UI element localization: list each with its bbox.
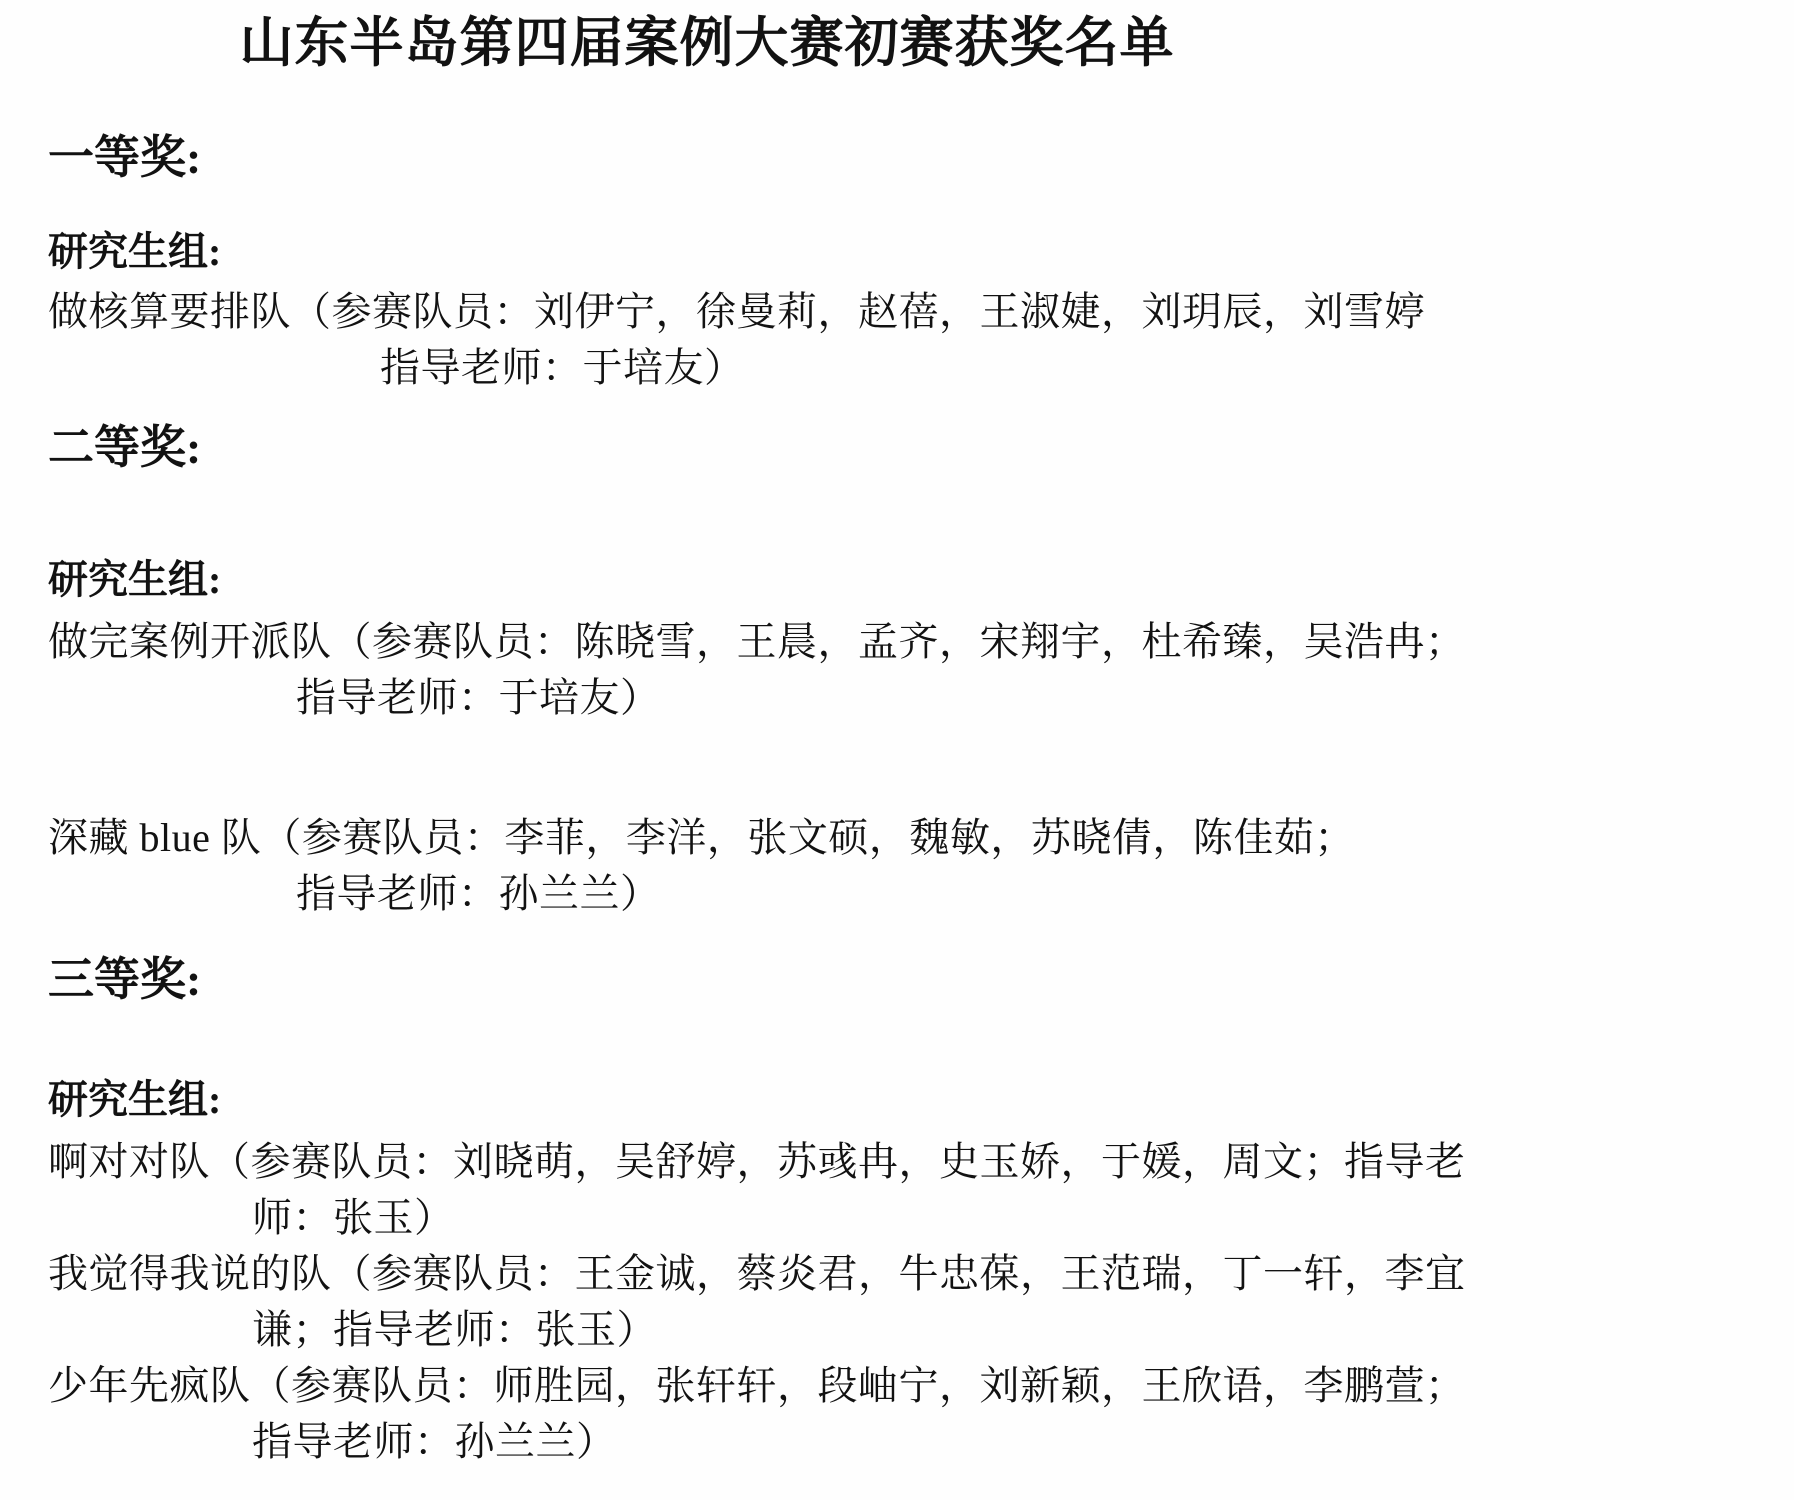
team-continuation-line: 谦；指导老师：张玉） (48, 1302, 1746, 1358)
team-continuation-line: 师：张玉） (48, 1190, 1746, 1246)
team-line: 少年先疯队（参赛队员：师胜园，张轩轩，段岫宁，刘新颖，王欣语，李鹏萱； (48, 1358, 1746, 1414)
team-entry: 啊对对队（参赛队员：刘晓萌，吴舒婷，苏彧冉，史玉娇，于媛，周文；指导老 师：张玉… (48, 1134, 1746, 1246)
team-entry: 我觉得我说的队（参赛队员：王金诚，蔡炎君，牛忠葆，王范瑞，丁一轩，李宜 谦；指导… (48, 1246, 1746, 1358)
team-entry: 做完案例开派队（参赛队员：陈晓雪，王晨，孟齐，宋翔宇，杜希臻，吴浩冉； 指导老师… (48, 614, 1746, 726)
team-entry: 少年先疯队（参赛队员：师胜园，张轩轩，段岫宁，刘新颖，王欣语，李鹏萱； 指导老师… (48, 1358, 1746, 1470)
team-entry: 做核算要排队（参赛队员：刘伊宁，徐曼莉，赵蓓，王淑婕，刘玥辰，刘雪婷 指导老师：… (48, 284, 1746, 396)
section-third-prize: 三等奖: 研究生组: 啊对对队（参赛队员：刘晓萌，吴舒婷，苏彧冉，史玉娇，于媛，… (48, 950, 1746, 1470)
section-second-prize: 二等奖: 研究生组: 做完案例开派队（参赛队员：陈晓雪，王晨，孟齐，宋翔宇，杜希… (48, 418, 1746, 922)
team-line: 我觉得我说的队（参赛队员：王金诚，蔡炎君，牛忠葆，王范瑞，丁一轩，李宜 (48, 1246, 1746, 1302)
team-continuation-line: 指导老师：于培友） (48, 340, 1746, 396)
team-continuation-line: 指导老师：孙兰兰） (48, 1414, 1746, 1470)
team-line: 深藏 blue 队（参赛队员：李菲，李洋，张文硕，魏敏，苏晓倩，陈佳茹； (48, 810, 1746, 866)
team-line: 做核算要排队（参赛队员：刘伊宁，徐曼莉，赵蓓，王淑婕，刘玥辰，刘雪婷 (48, 284, 1746, 340)
team-line: 啊对对队（参赛队员：刘晓萌，吴舒婷，苏彧冉，史玉娇，于媛，周文；指导老 (48, 1134, 1746, 1190)
section-first-prize: 一等奖: 研究生组: 做核算要排队（参赛队员：刘伊宁，徐曼莉，赵蓓，王淑婕，刘玥… (48, 128, 1746, 396)
prize-heading-third: 三等奖: (48, 950, 1746, 1010)
prize-heading-second: 二等奖: (48, 418, 1746, 478)
group-label-second-graduate: 研究生组: (48, 554, 1746, 606)
group-label-first-graduate: 研究生组: (48, 226, 1746, 278)
page-title: 山东半岛第四届案例大赛初赛获奖名单 (48, 8, 1746, 78)
team-entry: 深藏 blue 队（参赛队员：李菲，李洋，张文硕，魏敏，苏晓倩，陈佳茹； 指导老… (48, 810, 1746, 922)
team-continuation-line: 指导老师：孙兰兰） (48, 866, 1746, 922)
team-line: 做完案例开派队（参赛队员：陈晓雪，王晨，孟齐，宋翔宇，杜希臻，吴浩冉； (48, 614, 1746, 670)
prize-heading-first: 一等奖: (48, 128, 1746, 188)
team-continuation-line: 指导老师：于培友） (48, 670, 1746, 726)
group-label-third-graduate: 研究生组: (48, 1074, 1746, 1126)
award-document: 山东半岛第四届案例大赛初赛获奖名单 一等奖: 研究生组: 做核算要排队（参赛队员… (0, 0, 1794, 1500)
